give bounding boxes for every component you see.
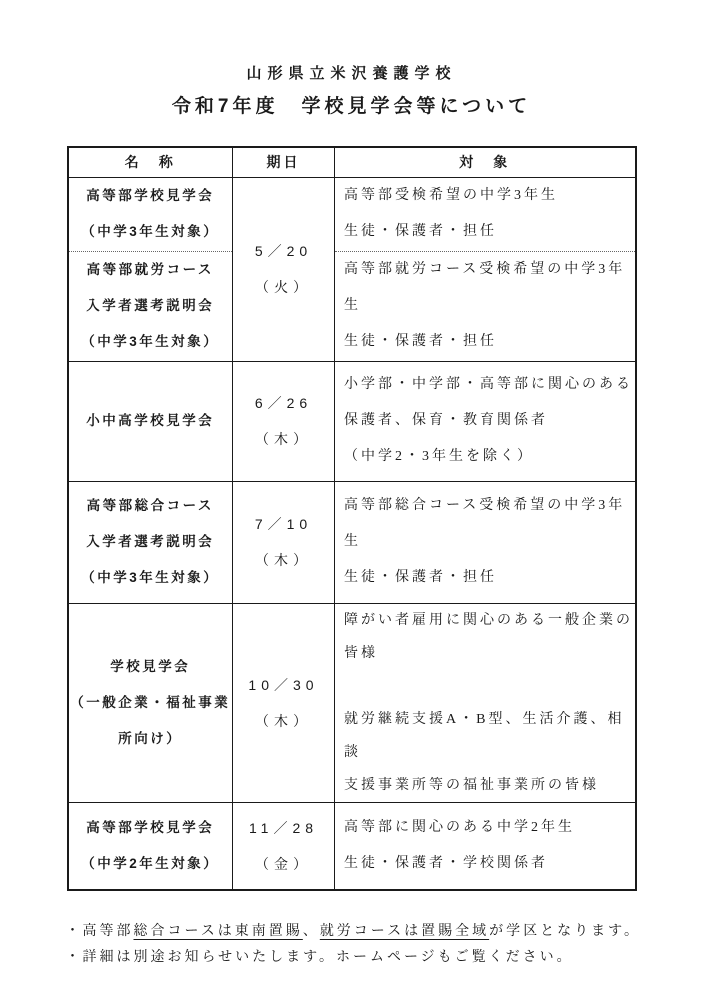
table-header-target: 対 象 [335, 147, 636, 177]
event-date-cell: 6／26 （木） [233, 361, 335, 481]
table-header-date: 期日 [233, 147, 335, 177]
note-bullet: ・ [66, 922, 83, 938]
table-row: 高等部学校見学会 （中学3年生対象） 5／20 （火） 高等部受検希望の中学3年… [68, 177, 636, 251]
event-name-cell: 高等部学校見学会 （中学3年生対象） [68, 177, 233, 251]
table-header-name: 名 称 [68, 147, 233, 177]
note-segment: が学区となります。 [489, 922, 641, 938]
document-page: 山形県立米沢養護学校 令和7年度 学校見学会等について 名 称 期日 対 象 高… [0, 0, 703, 994]
table-row: 高等部総合コース 入学者選考説明会 （中学3年生対象） 7／10 （木） 高等部… [68, 481, 636, 603]
note-segment: 、 [303, 922, 320, 938]
event-target-cell: 高等部就労コース受検希望の中学3年生 生徒・保護者・担任 [335, 251, 636, 361]
event-name-cell: 小中高学校見学会 [68, 361, 233, 481]
note-details: ・詳細は別途お知らせいたします。ホームページもご覧ください。 [66, 943, 638, 969]
event-target-cell: 高等部受検希望の中学3年生 生徒・保護者・担任 [335, 177, 636, 251]
note-text: 詳細は別途お知らせいたします。ホームページもご覧ください。 [83, 948, 574, 964]
events-table: 名 称 期日 対 象 高等部学校見学会 （中学3年生対象） 5／20 （火） 高… [67, 146, 637, 891]
event-date-cell: 10／30 （木） [233, 603, 335, 802]
table-row: 高等部就労コース 入学者選考説明会 （中学3年生対象） 高等部就労コース受検希望… [68, 251, 636, 361]
school-name: 山形県立米沢養護学校 [0, 64, 703, 84]
event-name-cell: 学校見学会 （一般企業・福祉事業 所向け） [68, 603, 233, 802]
note-grade-district: ・高等部総合コースは東南置賜、就労コースは置賜全域が学区となります。 [66, 917, 638, 943]
event-name-cell: 高等部総合コース 入学者選考説明会 （中学3年生対象） [68, 481, 233, 603]
event-target-cell: 障がい者雇用に関心のある一般企業の 皆様 就労継続支援A・B型、生活介護、相談 … [335, 603, 636, 802]
note-segment-underlined: 総合コースは東南置賜 [134, 922, 303, 938]
table-row: 高等部学校見学会 （中学2年生対象） 11／28 （金） 高等部に関心のある中学… [68, 802, 636, 890]
note-bullet: ・ [66, 948, 83, 964]
event-name-cell: 高等部学校見学会 （中学2年生対象） [68, 802, 233, 890]
table-header-row: 名 称 期日 対 象 [68, 147, 636, 177]
event-name-cell: 高等部就労コース 入学者選考説明会 （中学3年生対象） [68, 251, 233, 361]
event-date-cell: 5／20 （火） [233, 177, 335, 361]
event-target-cell: 高等部総合コース受検希望の中学3年生 生徒・保護者・担任 [335, 481, 636, 603]
note-segment-underlined: 就労コースは置賜全域 [320, 922, 489, 938]
event-target-cell: 高等部に関心のある中学2年生 生徒・保護者・学校関係者 [335, 802, 636, 890]
table-row: 学校見学会 （一般企業・福祉事業 所向け） 10／30 （木） 障がい者雇用に関… [68, 603, 636, 802]
page-title: 令和7年度 学校見学会等について [0, 94, 703, 120]
event-target-cell: 小学部・中学部・高等部に関心のある 保護者、保育・教育関係者 （中学2・3年生を… [335, 361, 636, 481]
footnotes: ・高等部総合コースは東南置賜、就労コースは置賜全域が学区となります。 ・詳細は別… [66, 917, 638, 969]
table-row: 小中高学校見学会 6／26 （木） 小学部・中学部・高等部に関心のある 保護者、… [68, 361, 636, 481]
event-date-cell: 11／28 （金） [233, 802, 335, 890]
event-date-cell: 7／10 （木） [233, 481, 335, 603]
note-segment: 高等部 [83, 922, 134, 938]
